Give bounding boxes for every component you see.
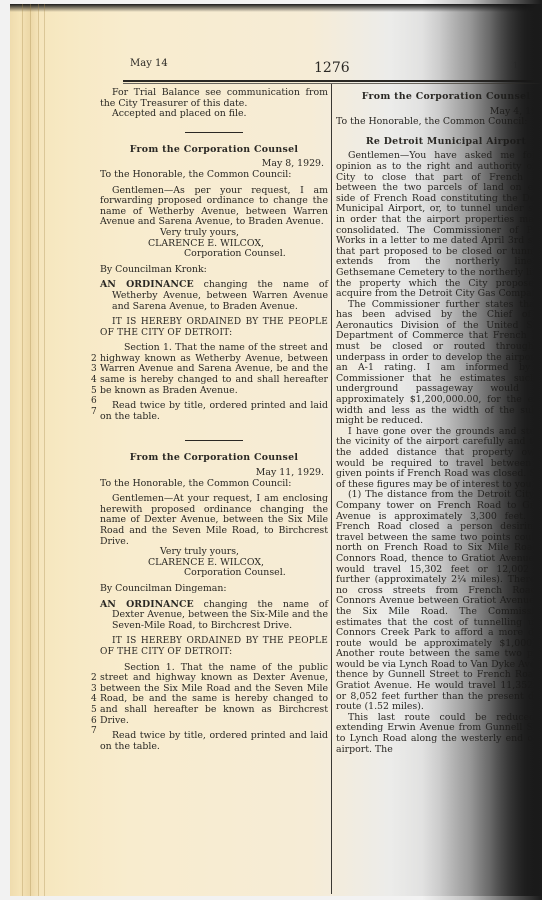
- ordained-clause: IT IS HEREBY ORDAINED BY THE PEOPLE OF T…: [100, 317, 328, 338]
- salutation: To the Honorable, the Common Council:: [336, 117, 542, 128]
- section-separator: [185, 132, 243, 133]
- communication-heading: From the Corporation Counsel: [100, 145, 328, 156]
- sponsor-line: By Councilman Dingeman:: [100, 584, 328, 595]
- sponsor-line: By Councilman Kronk:: [100, 265, 328, 276]
- paragraph: Gentlemen—You have asked me for an opini…: [336, 151, 542, 299]
- ordinance-lead: AN ORDINANCE: [100, 599, 194, 610]
- section-text: Section 1. That the name of the public s…: [100, 663, 328, 727]
- trial-balance-note: For Trial Balance see communication from…: [100, 88, 328, 109]
- signer-title: Corporation Counsel.: [100, 249, 328, 260]
- left-column: For Trial Balance see communication from…: [100, 88, 328, 752]
- right-column: From the Corporation Counsel May 4, 1929…: [336, 88, 542, 755]
- header-rule: [123, 80, 542, 82]
- line-numbers: 234567: [91, 673, 97, 737]
- communication-dexter: From the Corporation Counsel May 11, 192…: [100, 453, 328, 752]
- ordinance-lead: AN ORDINANCE: [100, 279, 194, 290]
- communication-wetherby: From the Corporation Counsel May 8, 1929…: [100, 145, 328, 423]
- page-edge-line: [44, 4, 45, 896]
- salutation: To the Honorable, the Common Council:: [100, 170, 328, 181]
- salutation: To the Honorable, the Common Council:: [100, 479, 328, 490]
- paragraph: (1) The distance from the Detroit City G…: [336, 490, 542, 712]
- paragraph: The Commissioner further states that he …: [336, 300, 542, 427]
- corner-mark: 1: [513, 61, 518, 70]
- header-date: May 14: [130, 58, 168, 69]
- paragraph: I have gone over the grounds and studied…: [336, 427, 542, 491]
- ordinance-title: AN ORDINANCE changing the name of Dexter…: [100, 600, 328, 632]
- communication-heading: From the Corporation Counsel: [100, 453, 328, 464]
- ordinance-title: AN ORDINANCE changing the name of Wether…: [100, 280, 328, 312]
- read-note: Read twice by title, ordered printed and…: [100, 401, 328, 422]
- column-divider: [331, 84, 332, 894]
- page-edge-line: [38, 4, 39, 896]
- section-separator: [185, 440, 243, 441]
- letter-body: Gentlemen—As per your request, I am forw…: [100, 186, 328, 228]
- subject-line: Re Detroit Municipal Airport: [336, 137, 542, 148]
- page-edge-line: [30, 4, 31, 896]
- page-number: 1276: [314, 60, 350, 76]
- letter-closing: Very truly yours,: [100, 228, 328, 239]
- letter-body: Gentlemen—At your request, I am enclosin…: [100, 494, 328, 547]
- ordinance-section: 234567 Section 1. That the name of the p…: [100, 663, 328, 727]
- section-text: Section 1. That the name of the street a…: [100, 343, 328, 396]
- header-rule-thin: [123, 83, 542, 84]
- line-numbers: 234567: [91, 354, 97, 418]
- accepted-note: Accepted and placed on file.: [100, 109, 328, 120]
- page-edge-line: [22, 4, 23, 896]
- paragraph: This last route could be reduced by exte…: [336, 713, 542, 755]
- communication-heading: From the Corporation Counsel: [336, 92, 542, 103]
- ordinance-section: 234567 Section 1. That the name of the s…: [100, 343, 328, 396]
- read-note: Read twice by title, ordered printed and…: [100, 731, 328, 752]
- page-top-shadow: [10, 4, 542, 12]
- ordained-clause: IT IS HEREBY ORDAINED BY THE PEOPLE OF T…: [100, 636, 328, 657]
- signer-title: Corporation Counsel.: [100, 568, 328, 579]
